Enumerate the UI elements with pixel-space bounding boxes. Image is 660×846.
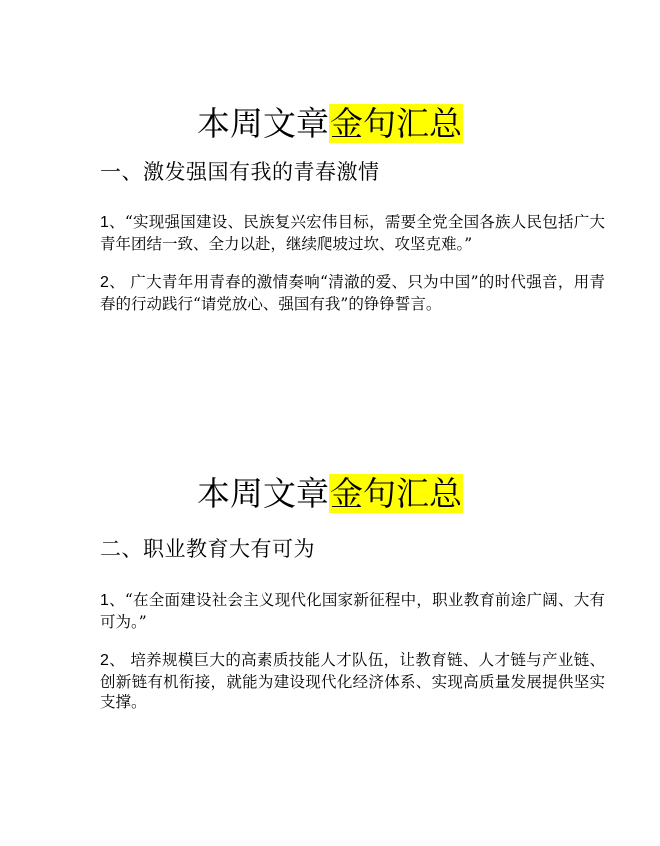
quote-item: 1、“实现强国建设、民族复兴宏伟目标，需要全党全国各族人民包括广大青年团结一致、… [100,212,605,254]
section-heading: 二、职业教育大有可为 [100,535,315,563]
title-plain: 本周文章 [197,104,329,143]
quote-number: 1 [100,592,109,609]
quote-text: 、 广大青年用青春的激情奏响“清澈的爱、只为中国”的时代强音，用青春的行动践行“… [100,273,605,313]
quote-number: 1 [100,214,109,231]
section-heading: 一、激发强国有我的青春激情 [100,158,380,186]
title-highlight: 金句汇总 [329,474,463,513]
page-title: 本周文章金句汇总 [0,104,660,144]
quote-number: 2 [100,652,109,669]
quote-text: 、“在全面建设社会主义现代化国家新征程中，职业教育前途广阔、大有可为。” [100,591,605,631]
quote-item: 2、 培养规模巨大的高素质技能人才队伍，让教育链、人才链与产业链、创新链有机衔接… [100,650,605,713]
quote-text: 、 培养规模巨大的高素质技能人才队伍，让教育链、人才链与产业链、创新链有机衔接，… [100,651,605,711]
quote-number: 2 [100,274,109,291]
quote-text: 、“实现强国建设、民族复兴宏伟目标，需要全党全国各族人民包括广大青年团结一致、全… [100,213,605,253]
quote-item: 2、 广大青年用青春的激情奏响“清澈的爱、只为中国”的时代强音，用青春的行动践行… [100,272,605,314]
title-highlight: 金句汇总 [329,104,463,143]
title-plain: 本周文章 [197,474,329,513]
page-title: 本周文章金句汇总 [0,474,660,514]
quote-item: 1、“在全面建设社会主义现代化国家新征程中，职业教育前途广阔、大有可为。” [100,590,605,632]
